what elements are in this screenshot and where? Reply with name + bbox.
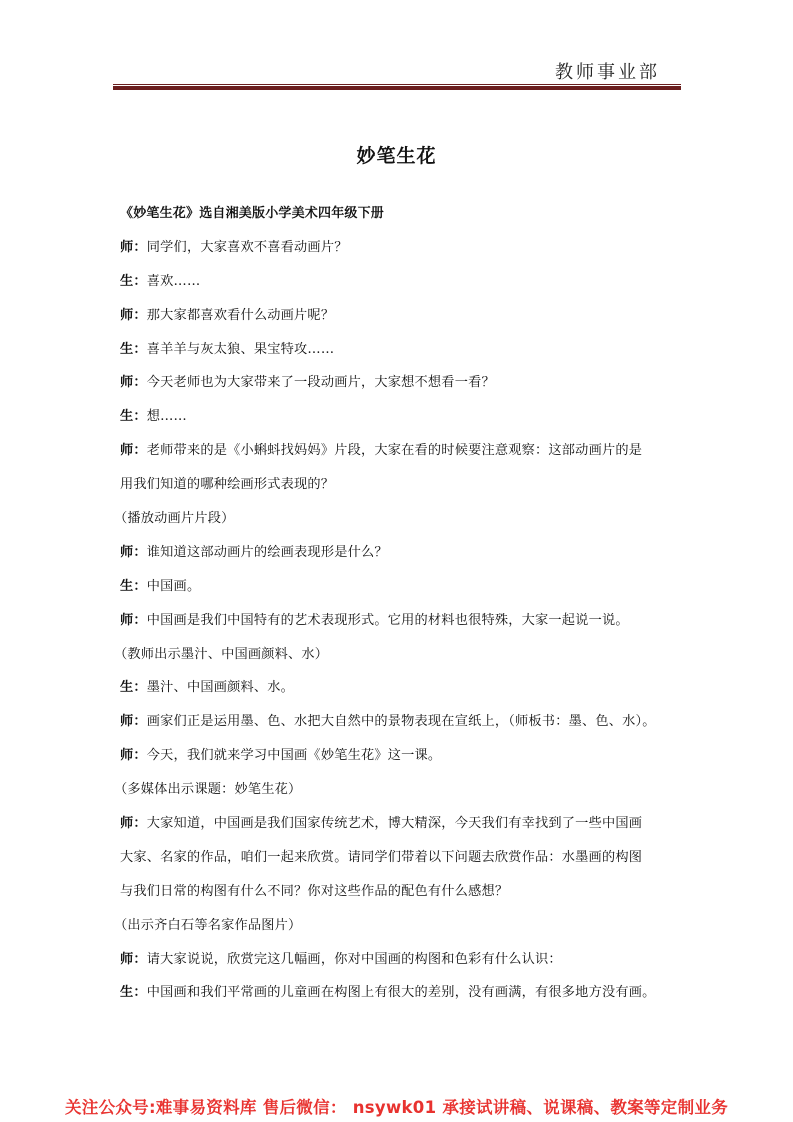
speaker-label: 师： (120, 443, 147, 458)
dialogue-line: 师：大家知道，中国画是我们国家传统艺术，博大精深，今天我们有幸找到了一些中国画 (120, 813, 680, 847)
dialogue-line: 师：请大家说说，欣赏完这几幅画，你对中国画的构图和色彩有什么认识： (120, 949, 680, 983)
speaker-label: 师： (120, 816, 147, 831)
line-text: 同学们，大家喜欢不喜看动画片？ (147, 240, 348, 255)
line-text: 喜欢…… (147, 274, 201, 289)
dialogue-line: 师：老师带来的是《小蝌蚪找妈妈》片段，大家在看的时候要注意观察：这部动画片的是 (120, 440, 680, 474)
speaker-label: 师： (120, 714, 147, 729)
speaker-label: 生： (120, 579, 147, 594)
line-text: 与我们日常的构图有什么不同？你对这些作品的配色有什么感想？ (120, 884, 508, 899)
line-text: 谁知道这部动画片的绘画表现形是什么？ (147, 545, 388, 560)
dialogue-line: 生：墨汁、中国画颜料、水。 (120, 677, 680, 711)
dialogue-line: 与我们日常的构图有什么不同？你对这些作品的配色有什么感想？ (120, 881, 680, 915)
line-text: 墨汁、中国画颜料、水。 (147, 680, 294, 695)
line-text: 中国画和我们平常画的儿童画在构图上有很大的差别，没有画满，有很多地方没有画。 (147, 985, 656, 1000)
footer-banner: 关注公众号:难事易资料库 售后微信： nsywk01 承接试讲稿、说课稿、教案等… (0, 1094, 793, 1118)
dialogue-line: 生：想…… (120, 406, 680, 440)
speaker-label: 生： (120, 985, 147, 1000)
dialogue-line: 师：谁知道这部动画片的绘画表现形是什么？ (120, 542, 680, 576)
dialogue-lines: 师：同学们，大家喜欢不喜看动画片？生：喜欢……师：那大家都喜欢看什么动画片呢？生… (120, 237, 680, 1016)
dialogue-line: 师：中国画是我们中国特有的艺术表现形式。它用的材料也很特殊，大家一起说一说。 (120, 610, 680, 644)
speaker-label: 师： (120, 375, 147, 390)
line-text: 请大家说说，欣赏完这几幅画，你对中国画的构图和色彩有什么认识： (147, 952, 562, 967)
header-department: 教师事业部 (555, 58, 660, 84)
speaker-label: 师： (120, 240, 147, 255)
speaker-label: 师： (120, 748, 147, 763)
speaker-label: 生： (120, 409, 147, 424)
speaker-label: 师： (120, 308, 147, 323)
line-text: 想…… (147, 409, 187, 424)
line-text: 今天，我们就来学习中国画《妙笔生花》这一课。 (147, 748, 442, 763)
stage-direction: （多媒体出示课题：妙笔生花） (114, 779, 680, 813)
line-text: 那大家都喜欢看什么动画片呢？ (147, 308, 334, 323)
header-rule-thick (113, 86, 681, 90)
line-text: 老师带来的是《小蝌蚪找妈妈》片段，大家在看的时候要注意观察：这部动画片的是 (147, 443, 642, 458)
dialogue-line: 大家、名家的作品，咱们一起来欣赏。请同学们带着以下问题去欣赏作品：水墨画的构图 (120, 847, 680, 881)
dialogue-line: 生：喜羊羊与灰太狼、果宝特攻…… (120, 339, 680, 373)
stage-direction: （播放动画片片段） (114, 508, 680, 542)
line-text: （多媒体出示课题：妙笔生花） (114, 782, 301, 797)
speaker-label: 师： (120, 545, 147, 560)
dialogue-line: 师：今天老师也为大家带来了一段动画片，大家想不想看一看？ (120, 372, 680, 406)
dialogue-line: 师：画家们正是运用墨、色、水把大自然中的景物表现在宣纸上，（师板书：墨、色、水）… (120, 711, 680, 745)
dialogue-line: 生：中国画。 (120, 576, 680, 610)
stage-direction: （教师出示墨汁、中国画颜料、水） (114, 644, 680, 678)
dialogue-line: 师：今天，我们就来学习中国画《妙笔生花》这一课。 (120, 745, 680, 779)
header-rule-thin (113, 84, 681, 85)
speaker-label: 生： (120, 274, 147, 289)
line-text: （教师出示墨汁、中国画颜料、水） (114, 647, 328, 662)
speaker-label: 生： (120, 680, 147, 695)
line-text: （播放动画片片段） (114, 511, 235, 526)
document-title: 妙笔生花 (0, 141, 793, 168)
dialogue-line: 用我们知道的哪种绘画形式表现的？ (120, 474, 680, 508)
line-text: 画家们正是运用墨、色、水把大自然中的景物表现在宣纸上，（师板书：墨、色、水）。 (147, 714, 656, 729)
dialogue-line: 师：那大家都喜欢看什么动画片呢？ (120, 305, 680, 339)
stage-direction: （出示齐白石等名家作品图片） (114, 915, 680, 949)
line-text: 中国画。 (147, 579, 201, 594)
dialogue-line: 生：中国画和我们平常画的儿童画在构图上有很大的差别，没有画满，有很多地方没有画。 (120, 982, 680, 1016)
speaker-label: 师： (120, 613, 147, 628)
line-text: 用我们知道的哪种绘画形式表现的？ (120, 477, 334, 492)
speaker-label: 生： (120, 342, 147, 357)
line-text: 喜羊羊与灰太狼、果宝特攻…… (147, 342, 334, 357)
dialogue-line: 生：喜欢…… (120, 271, 680, 305)
line-text: （出示齐白石等名家作品图片） (114, 918, 301, 933)
speaker-label: 师： (120, 952, 147, 967)
line-text: 大家知道，中国画是我们国家传统艺术，博大精深，今天我们有幸找到了一些中国画 (147, 816, 642, 831)
line-text: 今天老师也为大家带来了一段动画片，大家想不想看一看？ (147, 375, 495, 390)
dialogue-line: 师：同学们，大家喜欢不喜看动画片？ (120, 237, 680, 271)
line-text: 中国画是我们中国特有的艺术表现形式。它用的材料也很特殊，大家一起说一说。 (147, 613, 629, 628)
document-subtitle: 《妙笔生花》选自湘美版小学美术四年级下册 (120, 203, 680, 237)
document-body: 《妙笔生花》选自湘美版小学美术四年级下册 师：同学们，大家喜欢不喜看动画片？生：… (120, 203, 680, 1016)
line-text: 大家、名家的作品，咱们一起来欣赏。请同学们带着以下问题去欣赏作品：水墨画的构图 (120, 850, 642, 865)
